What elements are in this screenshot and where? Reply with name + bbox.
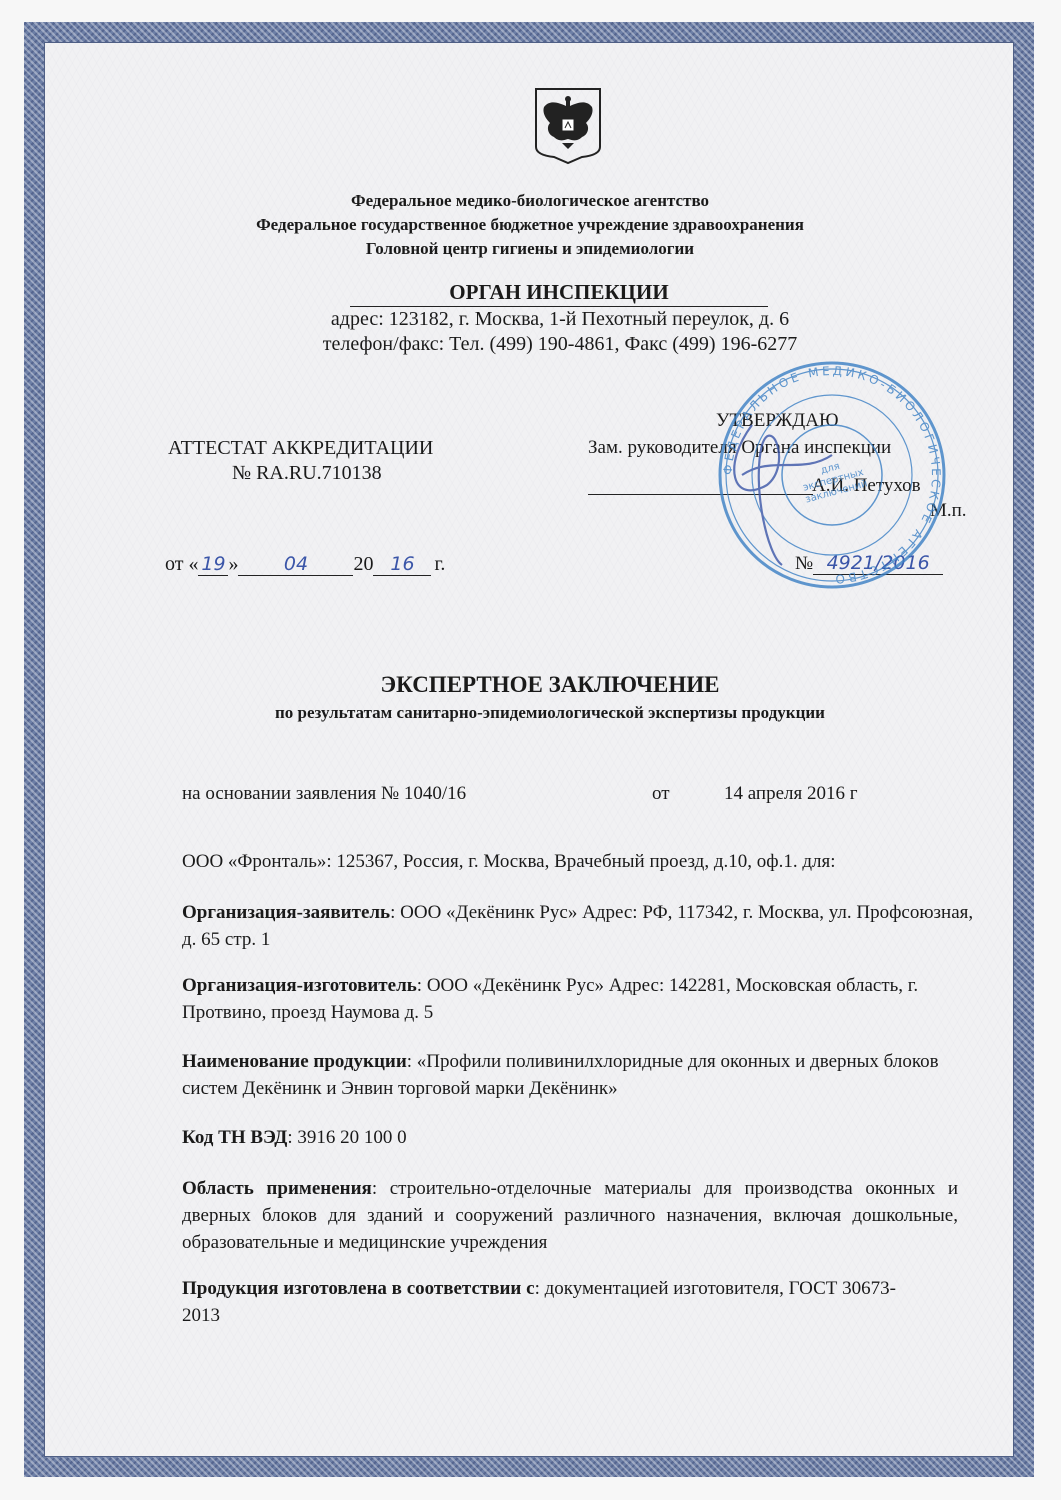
application-basis: на основании заявления № 1040/16 от 14 а… (182, 780, 982, 807)
inspection-body-phone: телефон/факс: Тел. (499) 190-4861, Факс … (290, 333, 830, 356)
date-line: от «19»042016г. (165, 553, 445, 576)
product-name-field: Наименование продукции: «Профили поливин… (182, 1048, 982, 1102)
registration-number-handwritten: 4921/2016 (813, 552, 943, 575)
accreditation-title: АТТЕСТАТ АККРЕДИТАЦИИ (168, 437, 433, 460)
date-year: 16 (373, 553, 431, 576)
approver-name: А.И. Петухов (812, 475, 921, 497)
requester-info: ООО «Фронталь»: 125367, Россия, г. Москв… (182, 848, 982, 875)
inspection-body-title: ОРГАН ИНСПЕКЦИИ (350, 280, 768, 307)
institution-name: Федеральное государственное бюджетное уч… (150, 213, 910, 237)
manufacturer-field: Организация-изготовитель: ООО «Декёнинк … (182, 972, 982, 1026)
conformity-field: Продукция изготовлена в соответствии с: … (182, 1275, 902, 1329)
application-scope-field: Область применения: строительно-отделочн… (182, 1175, 958, 1256)
inspection-body-address: адрес: 123182, г. Москва, 1-й Пехотный п… (290, 308, 830, 331)
date-day: 19 (198, 553, 228, 576)
agency-name: Федеральное медико-биологическое агентст… (150, 189, 910, 213)
approver-position: Зам. руководителя Органа инспекции (588, 437, 891, 459)
approve-label: УТВЕРЖДАЮ (716, 410, 838, 432)
application-date: 14 апреля 2016 г (724, 780, 858, 807)
signature-line (588, 494, 813, 495)
center-name: Головной центр гигиены и эпидемиологии (150, 237, 910, 261)
seal-label: М.п. (930, 500, 967, 522)
document-title: ЭКСПЕРТНОЕ ЗАКЛЮЧЕНИЕ (180, 672, 920, 698)
date-month: 04 (238, 553, 353, 576)
registration-number: №4921/2016 (795, 552, 943, 575)
coat-of-arms-icon (532, 85, 604, 165)
applicant-field: Организация-заявитель: ООО «Декёнинк Рус… (182, 899, 982, 953)
hs-code-field: Код ТН ВЭД: 3916 20 100 0 (182, 1124, 982, 1151)
document-subtitle: по результатам санитарно-эпидемиологичес… (180, 703, 920, 723)
accreditation-number: № RA.RU.710138 (232, 462, 382, 485)
